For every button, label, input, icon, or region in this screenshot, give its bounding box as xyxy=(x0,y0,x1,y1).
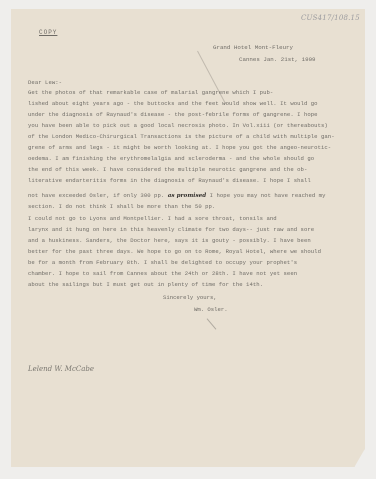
body-line: and a huskiness. Sanders, the Doctor her… xyxy=(28,237,311,244)
body-line: grene of arms and legs - it might be wor… xyxy=(28,144,331,151)
body-line: larynx and it hung on here in this heave… xyxy=(28,226,314,233)
body-line: the end of this week. I have considered … xyxy=(28,166,307,173)
place-date: Cannes Jan. 21st, 1909 xyxy=(239,56,316,63)
body-line-text: not have exceeded Osler, if only 300 pp. xyxy=(28,192,164,199)
body-line: Get the photos of that remarkable case o… xyxy=(28,89,273,96)
body-line: under the diagnosis of Raynaud's disease… xyxy=(28,111,318,118)
handwritten-insertion: as promised xyxy=(168,193,207,199)
body-line: better for the past three days. We hope … xyxy=(28,248,321,255)
archive-reference: CUS417/108.15 xyxy=(301,14,360,22)
pencil-arrow-mark xyxy=(207,318,217,329)
signature: Wm. Osler. xyxy=(194,306,228,313)
body-line: I could not go to Lyons and Montpellier.… xyxy=(28,215,277,222)
body-line: lished about eight years ago - the butto… xyxy=(28,100,318,107)
letter-page: CUS417/108.15 COPY Grand Hotel Mont-Fleu… xyxy=(11,9,365,467)
body-line: of the London Medico-Chirurgical Transac… xyxy=(28,133,335,140)
handwritten-annotation: Lelend W. McCabe xyxy=(28,365,94,373)
salutation: Dear Lew:- xyxy=(28,79,62,86)
body-line: oedema. I am finishing the erythromelalg… xyxy=(28,155,314,162)
copy-label: COPY xyxy=(39,29,57,36)
body-line: about the sailings but I must get out in… xyxy=(28,281,263,288)
body-line-continuation: I hope you may not have reached my xyxy=(210,192,326,199)
hotel-address: Grand Hotel Mont-Fleury xyxy=(213,44,293,51)
body-line: section. I do not think I shall be more … xyxy=(28,203,215,210)
body-line: be for a month from February 8th. I shal… xyxy=(28,259,297,266)
closing: Sincerely yours, xyxy=(163,294,217,301)
body-line: you have been able to pick out a good lo… xyxy=(28,122,328,129)
body-line-with-insertion: not have exceeded Osler, if only 300 pp.… xyxy=(28,192,326,199)
pencil-stroke-mark xyxy=(197,51,226,104)
body-line: literative endarteritis forms in the dia… xyxy=(28,177,311,184)
body-line: chamber. I hope to sail from Cannes abou… xyxy=(28,270,297,277)
